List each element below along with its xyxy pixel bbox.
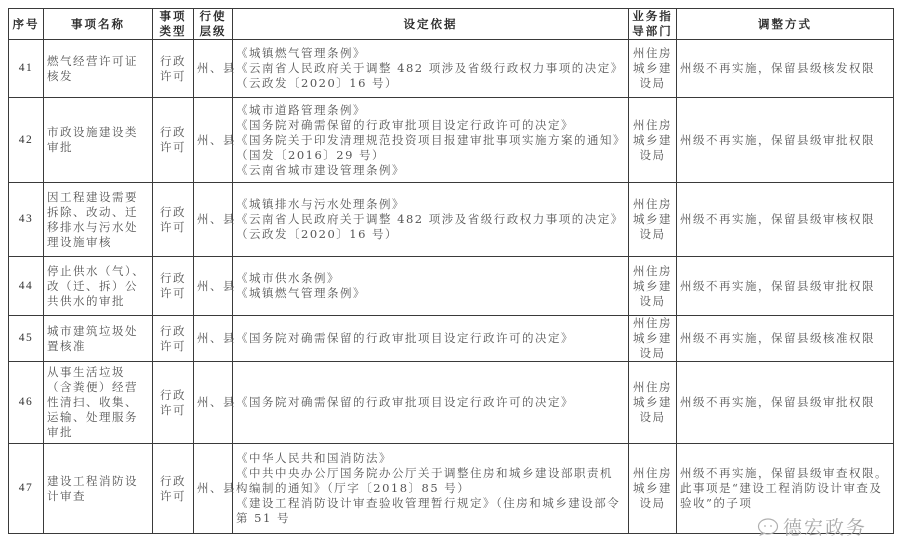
item-type: 行政许可: [153, 183, 194, 257]
header-type-line: 事项: [156, 9, 190, 24]
item-name: 市政设施建设类审批: [44, 98, 153, 183]
table-row: 43 因工程建设需要拆除、改动、迁移排水与污水处理设施审核 行政许可 州、县 《…: [9, 183, 894, 257]
header-basis: 设定依据: [233, 9, 629, 40]
basis-line: 《中华人民共和国消防法》: [236, 451, 625, 466]
legal-basis: 《城镇排水与污水处理条例》 《云南省人民政府关于调整 482 项涉及省级行政权力…: [233, 183, 629, 257]
row-num: 44: [9, 257, 44, 316]
legal-basis: 《国务院对确需保留的行政审批项目设定行政许可的决定》: [233, 362, 629, 444]
exercise-level: 州、县: [194, 257, 233, 316]
basis-line: 第 51 号: [236, 511, 625, 526]
basis-line: 《城镇排水与污水处理条例》: [236, 197, 625, 212]
header-dept: 业务指导部门: [629, 9, 677, 40]
basis-line: 《云南省人民政府关于调整 482 项涉及省级行政权力事项的决定》: [236, 212, 625, 227]
row-num: 46: [9, 362, 44, 444]
exercise-level: 州、县: [194, 98, 233, 183]
header-adjust: 调整方式: [677, 9, 894, 40]
legal-basis: 《城市道路管理条例》 《国务院对确需保留的行政审批项目设定行政许可的决定》 《国…: [233, 98, 629, 183]
basis-line: 《国务院对确需保留的行政审批项目设定行政许可的决定》: [236, 395, 625, 410]
basis-line: 《建设工程消防设计审查验收管理暂行规定》（住房和城乡建设部令: [236, 496, 625, 511]
header-level-line: 层级: [197, 24, 229, 39]
basis-line: 《国务院对确需保留的行政审批项目设定行政许可的决定》: [236, 331, 625, 346]
row-num: 43: [9, 183, 44, 257]
adjust-method: 州级不再实施，保留县级核准权限: [677, 316, 894, 362]
guiding-dept: 州住房城乡建设局: [629, 40, 677, 98]
basis-line: 《城镇燃气管理条例》: [236, 46, 625, 61]
item-name: 城市建筑垃圾处置核准: [44, 316, 153, 362]
item-name: 从事生活垃圾（含粪便）经营性清扫、收集、运输、处理服务审批: [44, 362, 153, 444]
header-level-line: 行使: [197, 9, 229, 24]
legal-basis: 《国务院对确需保留的行政审批项目设定行政许可的决定》: [233, 316, 629, 362]
adjust-method: 州级不再实施，保留县级审批权限: [677, 257, 894, 316]
exercise-level: 州、县: [194, 183, 233, 257]
basis-line: 《云南省人民政府关于调整 482 项涉及省级行政权力事项的决定》: [236, 61, 625, 76]
header-dept-line: 导部门: [632, 24, 673, 39]
basis-line: （国发〔2016〕29 号）: [236, 148, 625, 163]
item-type: 行政许可: [153, 444, 194, 534]
header-name: 事项名称: [44, 9, 153, 40]
item-name: 因工程建设需要拆除、改动、迁移排水与污水处理设施审核: [44, 183, 153, 257]
table-row: 41 燃气经营许可证核发 行政许可 州、县 《城镇燃气管理条例》 《云南省人民政…: [9, 40, 894, 98]
basis-line: （云政发〔2020〕16 号）: [236, 227, 625, 242]
item-type: 行政许可: [153, 316, 194, 362]
legal-basis: 《城镇燃气管理条例》 《云南省人民政府关于调整 482 项涉及省级行政权力事项的…: [233, 40, 629, 98]
exercise-level: 州、县: [194, 362, 233, 444]
table-row: 47 建设工程消防设计审查 行政许可 州、县 《中华人民共和国消防法》 《中共中…: [9, 444, 894, 534]
exercise-level: 州、县: [194, 316, 233, 362]
basis-line: 《中共中央办公厅国务院办公厅关于调整住房和城乡建设部职责机: [236, 466, 625, 481]
adjust-method: 州级不再实施，保留县级审查权限。此事项是“建设工程消防设计审查及验收”的子项: [677, 444, 894, 534]
item-name: 建设工程消防设计审查: [44, 444, 153, 534]
row-num: 45: [9, 316, 44, 362]
adjust-method: 州级不再实施，保留县级审批权限: [677, 98, 894, 183]
adjust-method: 州级不再实施，保留县级核发权限: [677, 40, 894, 98]
guiding-dept: 州住房城乡建设局: [629, 444, 677, 534]
item-type: 行政许可: [153, 257, 194, 316]
header-level: 行使层级: [194, 9, 233, 40]
basis-line: 《国务院关于印发清理规范投资项目报建审批事项实施方案的通知》: [236, 133, 625, 148]
adjust-method: 州级不再实施，保留县级审核权限: [677, 183, 894, 257]
guiding-dept: 州住房城乡建设局: [629, 316, 677, 362]
header-num: 序号: [9, 9, 44, 40]
table-row: 46 从事生活垃圾（含粪便）经营性清扫、收集、运输、处理服务审批 行政许可 州、…: [9, 362, 894, 444]
basis-line: （云政发〔2020〕16 号）: [236, 76, 625, 91]
guiding-dept: 州住房城乡建设局: [629, 257, 677, 316]
item-type: 行政许可: [153, 40, 194, 98]
row-num: 47: [9, 444, 44, 534]
basis-line: 《城市道路管理条例》: [236, 103, 625, 118]
legal-basis: 《城市供水条例》 《城镇燃气管理条例》: [233, 257, 629, 316]
guiding-dept: 州住房城乡建设局: [629, 362, 677, 444]
table-row: 42 市政设施建设类审批 行政许可 州、县 《城市道路管理条例》 《国务院对确需…: [9, 98, 894, 183]
item-type: 行政许可: [153, 362, 194, 444]
row-num: 42: [9, 98, 44, 183]
row-num: 41: [9, 40, 44, 98]
table-row: 45 城市建筑垃圾处置核准 行政许可 州、县 《国务院对确需保留的行政审批项目设…: [9, 316, 894, 362]
header-type: 事项类型: [153, 9, 194, 40]
item-name: 燃气经营许可证核发: [44, 40, 153, 98]
header-type-line: 类型: [156, 24, 190, 39]
admin-power-table: 序号 事项名称 事项类型 行使层级 设定依据 业务指导部门 调整方式 41 燃气…: [8, 8, 894, 534]
guiding-dept: 州住房城乡建设局: [629, 183, 677, 257]
adjust-method: 州级不再实施，保留县级审批权限: [677, 362, 894, 444]
basis-line: 《城镇燃气管理条例》: [236, 286, 625, 301]
legal-basis: 《中华人民共和国消防法》 《中共中央办公厅国务院办公厅关于调整住房和城乡建设部职…: [233, 444, 629, 534]
basis-line: 《城市供水条例》: [236, 271, 625, 286]
header-row: 序号 事项名称 事项类型 行使层级 设定依据 业务指导部门 调整方式: [9, 9, 894, 40]
basis-line: 《云南省城市建设管理条例》: [236, 163, 625, 178]
table-row: 44 停止供水（气）、改（迁、拆）公共供水的审批 行政许可 州、县 《城市供水条…: [9, 257, 894, 316]
basis-line: 构编制的通知》（厅字〔2018〕85 号）: [236, 481, 625, 496]
header-dept-line: 业务指: [632, 9, 673, 24]
exercise-level: 州、县: [194, 444, 233, 534]
item-type: 行政许可: [153, 98, 194, 183]
basis-line: 《国务院对确需保留的行政审批项目设定行政许可的决定》: [236, 118, 625, 133]
guiding-dept: 州住房城乡建设局: [629, 98, 677, 183]
exercise-level: 州、县: [194, 40, 233, 98]
item-name: 停止供水（气）、改（迁、拆）公共供水的审批: [44, 257, 153, 316]
